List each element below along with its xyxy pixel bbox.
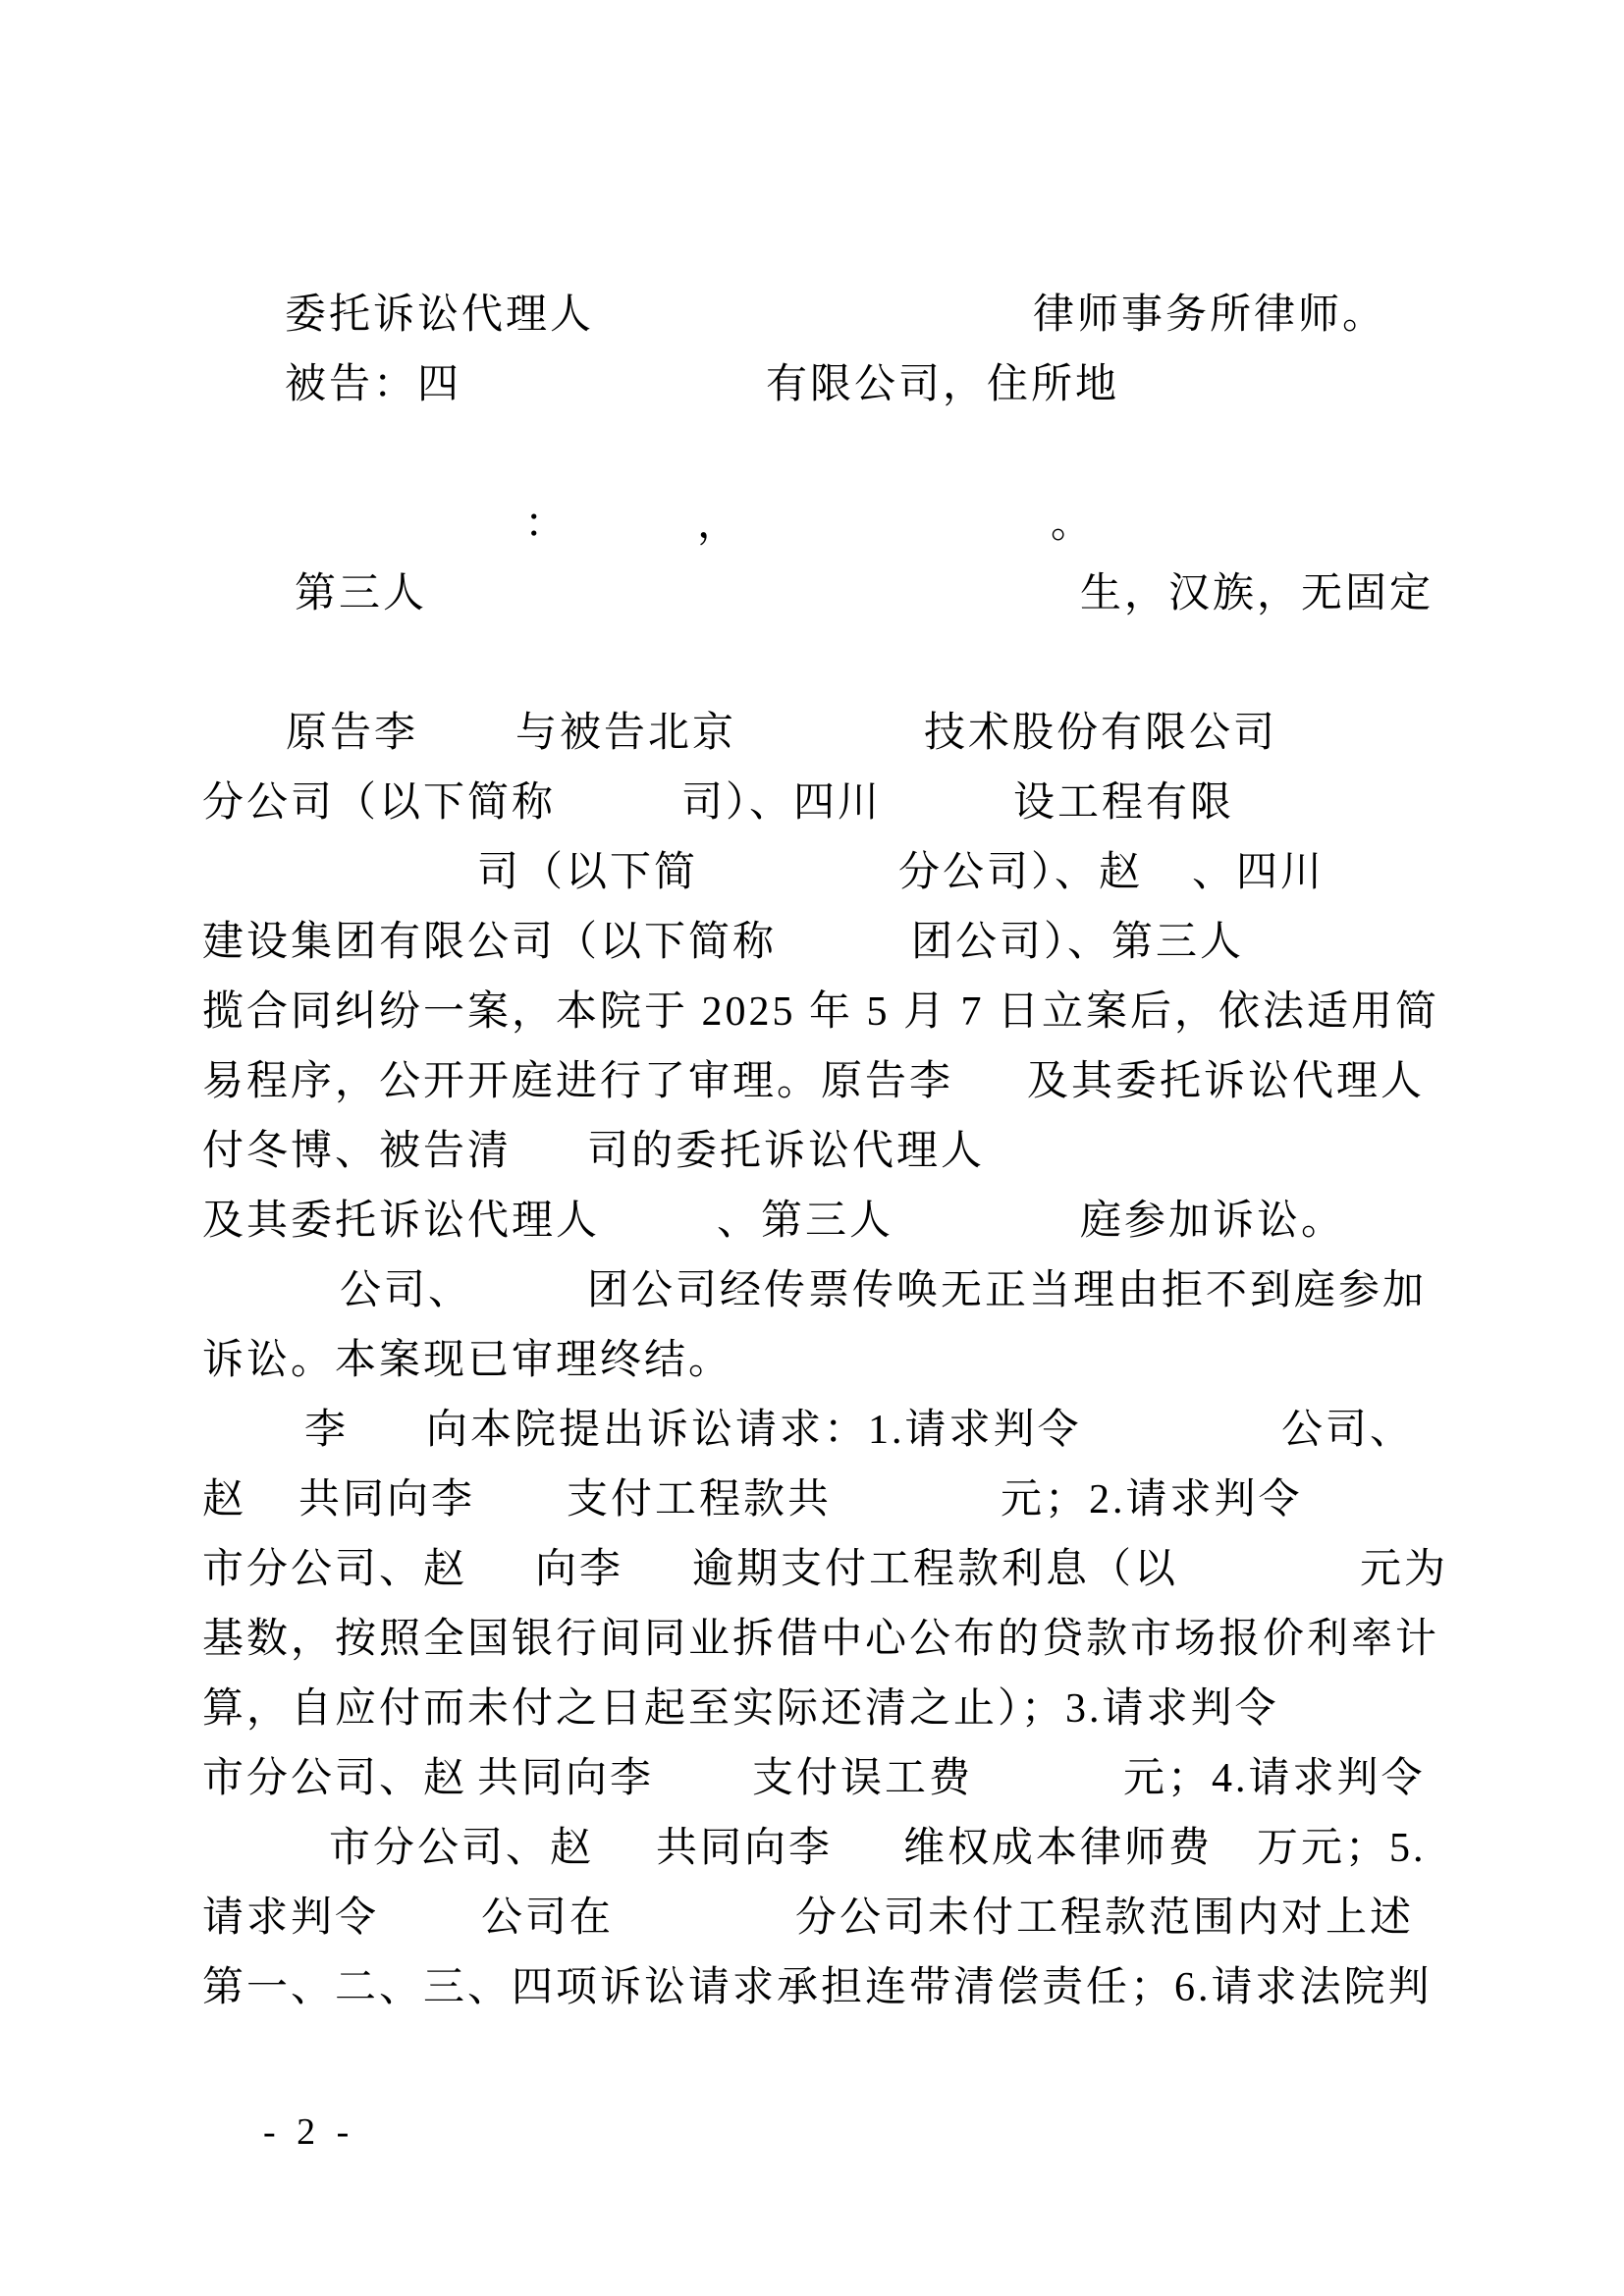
text-segment: 市分公司、赵 [202,1754,467,1803]
text-line: 市分公司、赵向李逾期支付工程款利息（以元为 [0,1545,1624,1596]
text-segment: 基数，按照全国银行间同业拆借中心公布的贷款市场报价利率计 [202,1615,1439,1664]
document-page: 委托诉讼代理人律师事务所律师。被告：四有限公司，住所地：，。第三人生，汉族，无固… [0,0,1624,2296]
text-segment: 公司、 [340,1266,472,1315]
text-line: 易程序，公开开庭进行了审理。原告李及其委托诉讼代理人 [0,1057,1624,1108]
text-segment: 李 [304,1406,349,1455]
text-segment: 司的委托诉讼代理人 [587,1127,985,1176]
text-segment: 司（以下简 [477,848,698,897]
text-segment: 团公司）、第三人 [911,918,1244,967]
text-line: 李向本院提出诉讼请求：1.请求判令公司、 [0,1406,1624,1457]
text-segment: 公司、 [1281,1406,1414,1455]
text-line: 第一、二、三、四项诉讼请求承担连带清偿责任；6.请求法院判 [0,1963,1624,2014]
text-segment: 共同向李 [656,1824,833,1873]
text-line: 第三人生，汉族，无固定 [0,569,1624,620]
text-segment: 元；2.请求判令 [1001,1475,1303,1524]
text-segment: 与被告北京 [515,709,736,758]
text-segment: 付冬博、被告清 [202,1127,512,1176]
text-segment: ， [697,500,741,549]
text-segment: 易程序，公开开庭进行了审理。原告李 [202,1057,953,1106]
text-line: 赵共同向李支付工程款共元；2.请求判令 [0,1475,1624,1526]
text-line: 司（以下简分公司）、赵、四川 [0,848,1624,899]
text-line: 市分公司、赵共同向李维权成本律师费万元；5. [0,1824,1624,1875]
text-segment: 及其委托诉讼代理人 [202,1197,600,1246]
text-segment: 市分公司、赵 [329,1824,594,1873]
text-line: 市分公司、赵共同向李支付误工费元；4.请求判令 [0,1754,1624,1805]
text-segment: 分公司未付工程款范围内对上述 [795,1894,1414,1943]
text-line: 公司、团公司经传票传唤无正当理由拒不到庭参加 [0,1266,1624,1317]
text-segment: 元；4.请求判令 [1123,1754,1426,1803]
document-body: 委托诉讼代理人律师事务所律师。被告：四有限公司，住所地：，。第三人生，汉族，无固… [0,0,1624,2296]
text-line: 基数，按照全国银行间同业拆借中心公布的贷款市场报价利率计 [0,1615,1624,1666]
text-segment: 原告李 [286,709,418,758]
text-segment: 、第三人 [717,1197,893,1246]
text-line: 付冬博、被告清司的委托诉讼代理人 [0,1127,1624,1178]
text-line: 建设集团有限公司（以下简称团公司）、第三人 [0,918,1624,969]
text-segment: 逾期支付工程款利息（以 [692,1545,1178,1594]
text-segment: 向李 [535,1545,623,1594]
text-segment: ： [524,500,568,549]
text-line: ：，。 [0,500,1624,551]
text-line: 算，自应付而未付之日起至实际还清之止）；3.请求判令 [0,1684,1624,1735]
text-line: 分公司（以下简称司）、四川设工程有限 [0,778,1624,829]
text-segment: 生，汉族，无固定 [1080,569,1434,618]
text-segment: 分公司）、赵 [898,848,1143,897]
text-segment: 建设集团有限公司（以下简称 [202,918,777,967]
text-segment: 共同向李 [298,1475,475,1524]
text-segment: 公司在 [481,1894,614,1943]
text-segment: 向本院提出诉讼请求：1.请求判令 [426,1406,1082,1455]
text-segment: 分公司（以下简称 [202,778,556,828]
text-line: 及其委托诉讼代理人、第三人庭参加诉讼。 [0,1197,1624,1248]
text-segment: 有限公司，住所地 [766,360,1119,409]
text-line: 委托诉讼代理人律师事务所律师。 [0,291,1624,342]
text-line: 原告李与被告北京技术股份有限公司 [0,709,1624,760]
text-segment: 元为 [1360,1545,1448,1594]
page-number: - 2 - [263,2110,354,2154]
text-line [0,430,1624,481]
text-segment: 被告：四 [285,360,461,409]
text-segment: 设工程有限 [1013,778,1234,828]
text-segment: 诉讼。本案现已审理终结。 [202,1336,732,1385]
text-segment: 团公司经传票传唤无正当理由拒不到庭参加 [587,1266,1427,1315]
text-segment: 及其委托诉讼代理人 [1027,1057,1425,1106]
text-line: 请求判令公司在分公司未付工程款范围内对上述 [0,1894,1624,1945]
text-segment: 。 [1051,500,1095,549]
text-line: 揽合同纠纷一案，本院于 2025 年 5 月 7 日立案后，依法适用简 [0,988,1624,1039]
text-segment: 请求判令 [202,1894,379,1943]
text-segment: 共同向李 [477,1754,654,1803]
text-segment: 第一、二、三、四项诉讼请求承担连带清偿责任；6.请求法院判 [202,1963,1433,2012]
text-segment: 支付工程款共 [567,1475,832,1524]
text-segment: 万元；5. [1257,1824,1427,1873]
text-segment: 揽合同纠纷一案，本院于 2025 年 5 月 7 日立案后，依法适用简 [202,988,1439,1037]
text-segment: 维权成本律师费 [903,1824,1213,1873]
text-segment: 委托诉讼代理人 [285,291,594,340]
text-segment: 市分公司、赵 [202,1545,467,1594]
text-line: 诉讼。本案现已审理终结。 [0,1336,1624,1387]
text-segment: 庭参加诉讼。 [1080,1197,1345,1246]
text-line [0,639,1624,690]
text-segment: 第三人 [295,569,427,618]
text-segment: 律师事务所律师。 [1033,291,1386,340]
text-segment: 支付误工费 [752,1754,973,1803]
text-segment: 算，自应付而未付之日起至实际还清之止）；3.请求判令 [202,1684,1279,1734]
text-segment: 司）、四川 [681,778,882,828]
text-line: 被告：四有限公司，住所地 [0,360,1624,411]
text-segment: 赵 [202,1475,246,1524]
text-segment: 技术股份有限公司 [924,709,1277,758]
text-segment: 、四川 [1192,848,1325,897]
